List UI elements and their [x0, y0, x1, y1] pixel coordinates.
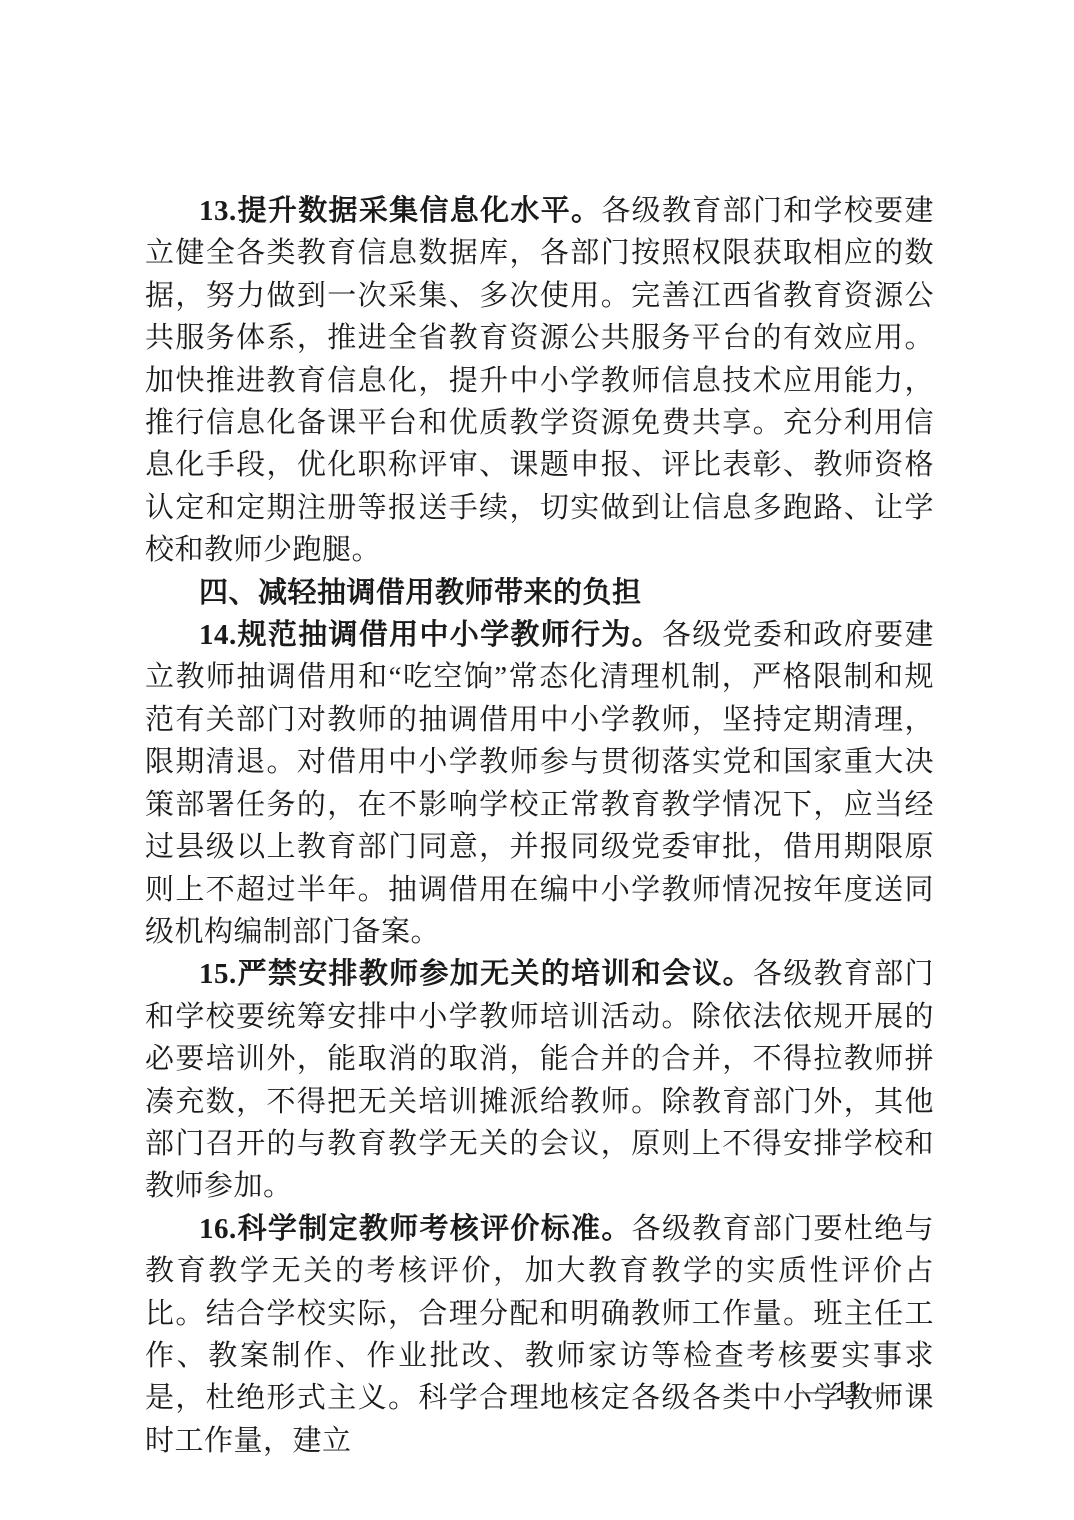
page-footer: —11—	[788, 1375, 908, 1405]
paragraph-14-heading: 14.规范抽调借用中小学教师行为。	[199, 619, 662, 651]
paragraph-14: 14.规范抽调借用中小学教师行为。各级党委和政府要建立教师抽调借用和“吃空饷”常…	[145, 614, 934, 953]
document-body: 13.提升数据采集信息化水平。各级教育部门和学校要建立健全各类教育信息数据库，各…	[145, 190, 934, 1462]
paragraph-16: 16.科学制定教师考核评价标准。各级教育部门要杜绝与教育教学无关的考核评价，加大…	[145, 1208, 934, 1462]
footer-dash-right: —	[861, 1375, 908, 1405]
paragraph-13-text: 各级教育部门和学校要建立健全各类教育信息数据库，各部门按照权限获取相应的数据，努…	[145, 195, 934, 566]
paragraph-16-heading: 16.科学制定教师考核评价标准。	[199, 1213, 632, 1245]
footer-dash-left: —	[788, 1375, 835, 1405]
paragraph-15: 15.严禁安排教师参加无关的培训和会议。各级教育部门和学校要统筹安排中小学教师培…	[145, 953, 934, 1207]
section-heading-4: 四、减轻抽调借用教师带来的负担	[145, 572, 934, 614]
paragraph-16-text: 各级教育部门要杜绝与教育教学无关的考核评价，加大教育教学的实质性评价占比。结合学…	[145, 1213, 934, 1457]
paragraph-13: 13.提升数据采集信息化水平。各级教育部门和学校要建立健全各类教育信息数据库，各…	[145, 190, 934, 572]
paragraph-15-text: 各级教育部门和学校要统筹安排中小学教师培训活动。除依法依规开展的必要培训外，能取…	[145, 958, 934, 1202]
page-number: 11	[835, 1375, 861, 1405]
paragraph-15-heading: 15.严禁安排教师参加无关的培训和会议。	[199, 958, 753, 990]
paragraph-13-heading: 13.提升数据采集信息化水平。	[199, 195, 601, 227]
paragraph-14-text: 各级党委和政府要建立教师抽调借用和“吃空饷”常态化清理机制，严格限制和规范有关部…	[145, 619, 934, 948]
